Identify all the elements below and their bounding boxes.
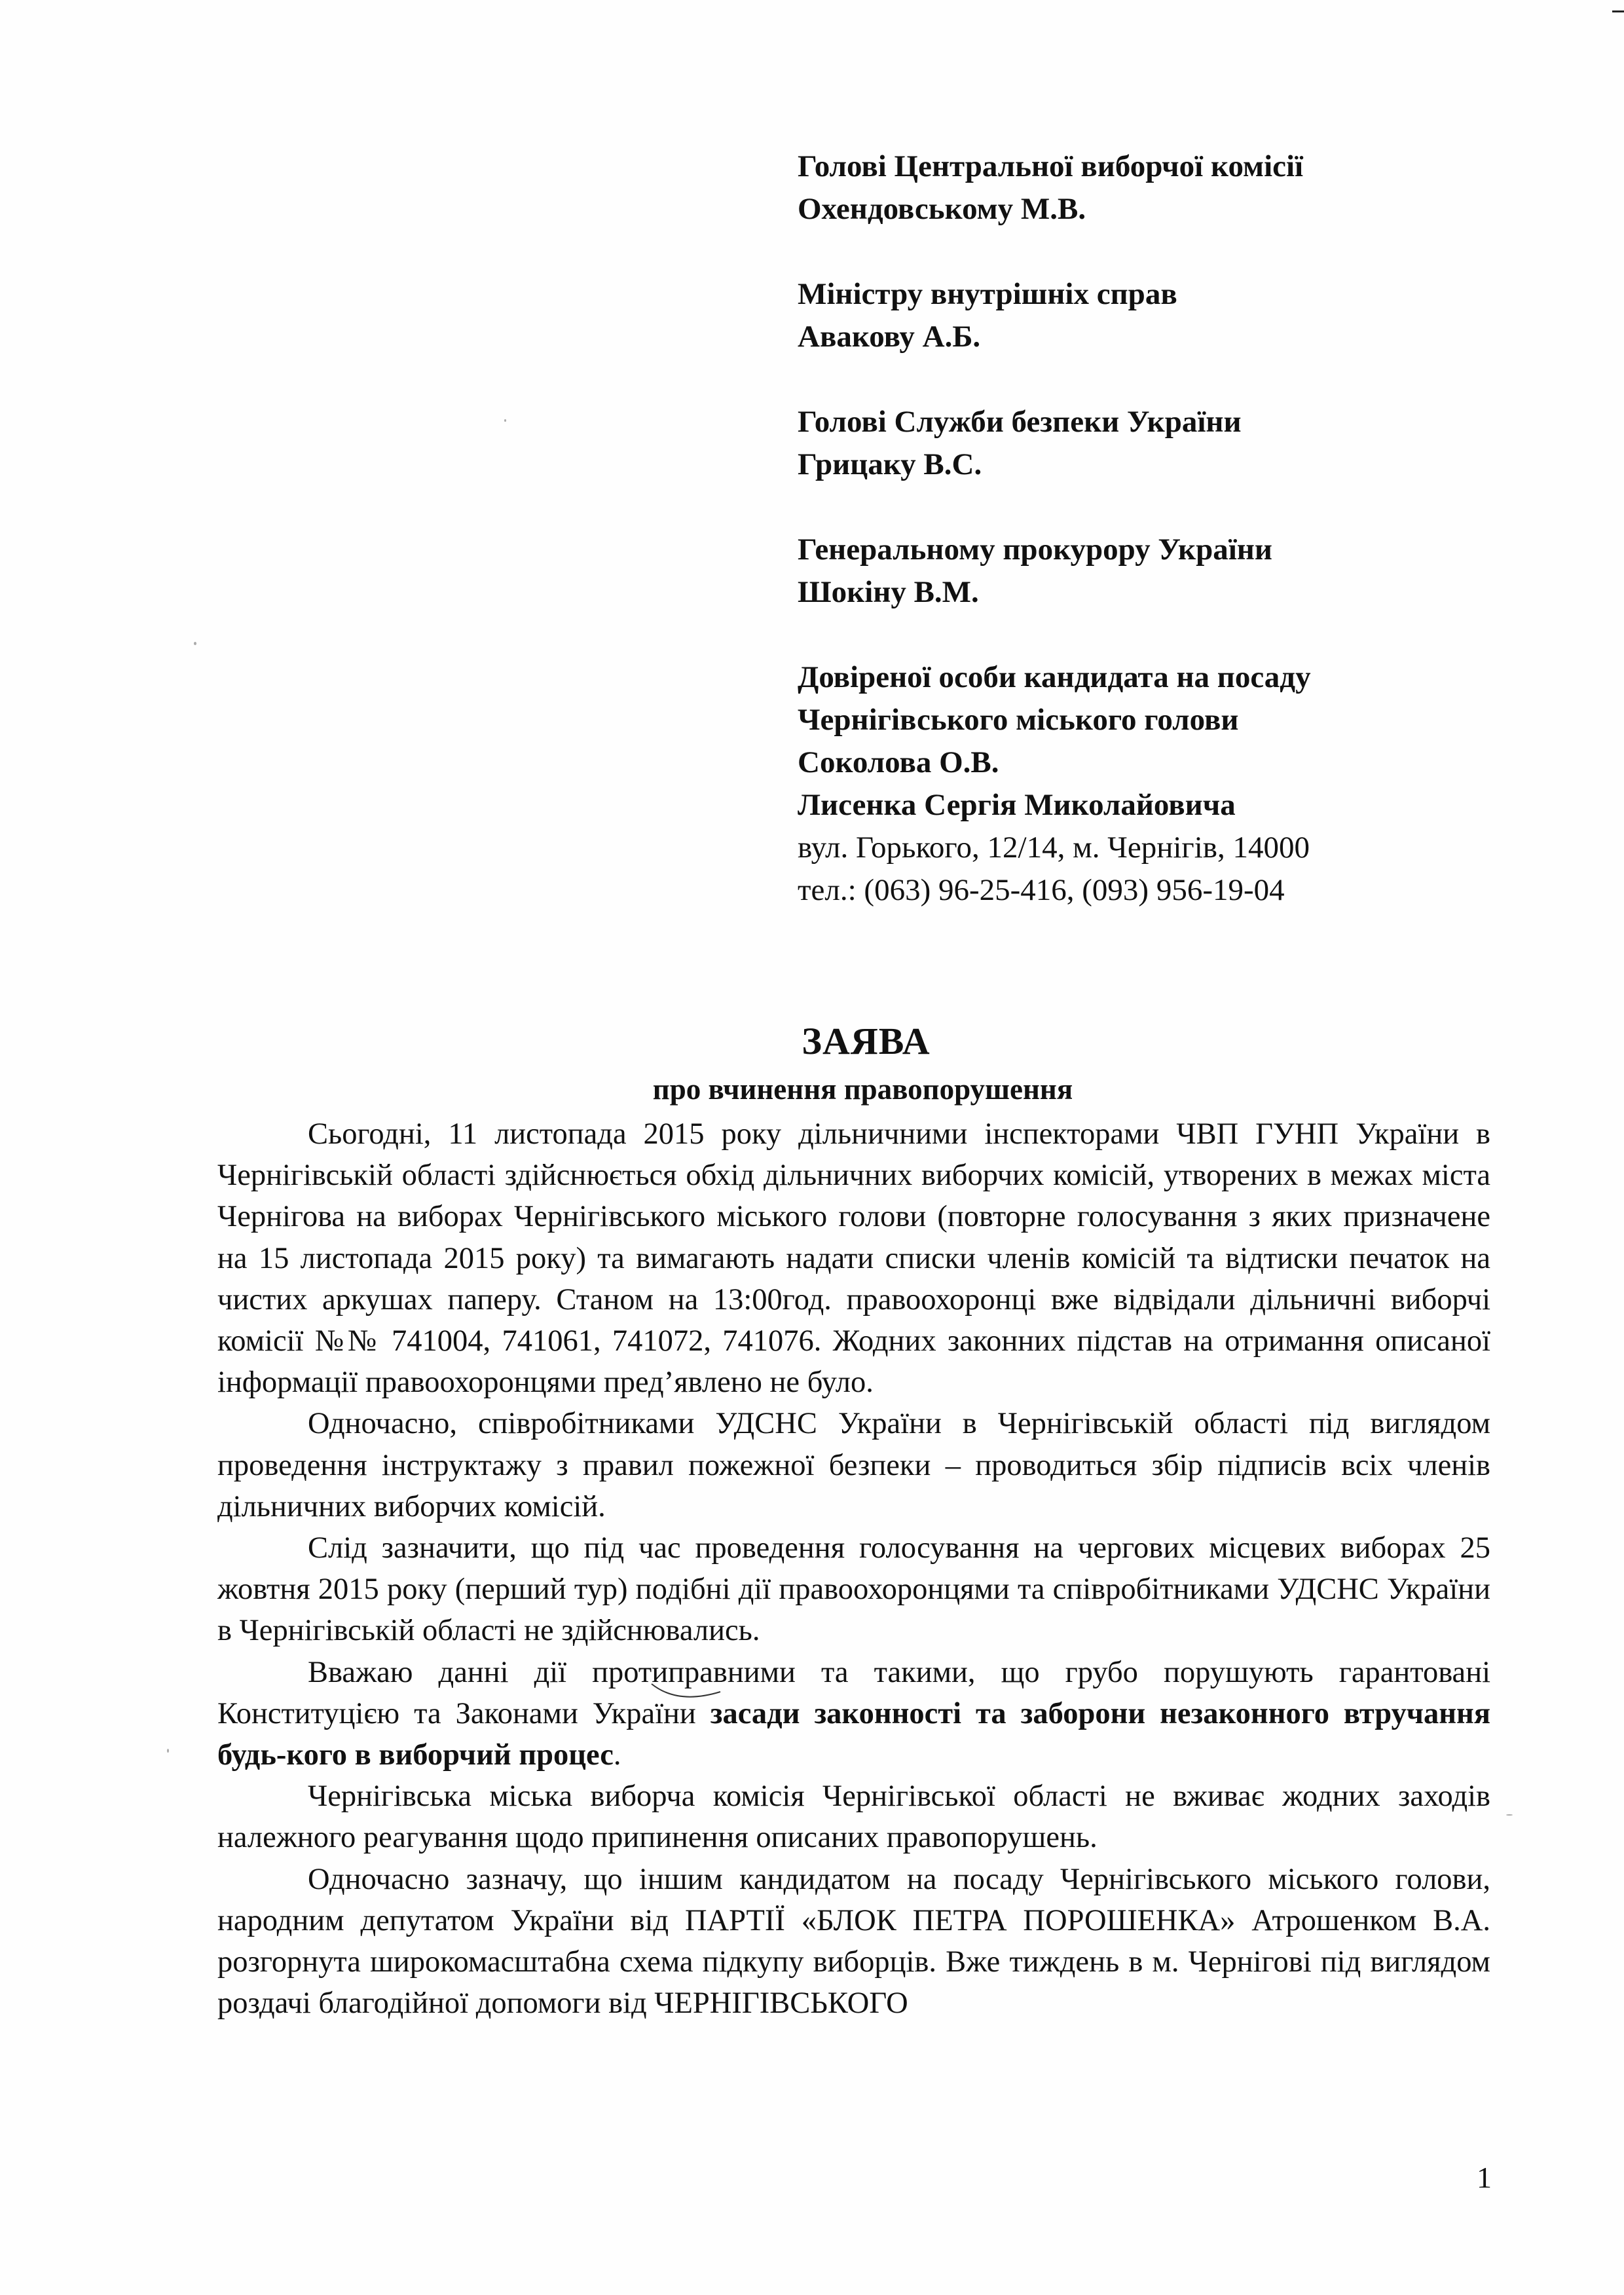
addressee-interior-minister: Міністру внутрішніх справ Авакову А.Б. [798,273,1518,358]
paragraph-3: Слід зазначити, що під час проведення го… [217,1527,1490,1652]
paragraph-6: Одночасно зазначу, що іншим кандидатом н… [217,1859,1490,2024]
sender-address: вул. Горького, 12/14, м. Чернігів, 14000 [798,827,1518,869]
addressee-name: Шокіну В.М. [798,571,1518,614]
sender-name: Лисенка Сергія Миколайовича [798,784,1518,827]
document-title-block: ЗАЯВА про вчинення правопорушення [216,1018,1490,1109]
scan-speck [1506,1814,1513,1816]
addressee-position: Генеральному прокурору України [798,529,1518,571]
addressee-name: Грицаку В.С. [798,443,1518,486]
paragraph-5: Чернігівська міська виборча комісія Черн… [217,1776,1490,1858]
paragraph-1: Сьогодні, 11 листопада 2015 року дільнич… [217,1113,1490,1403]
addressee-position: Голові Служби безпеки України [798,401,1518,443]
document-body: Сьогодні, 11 листопада 2015 року дільнич… [217,1113,1490,2024]
addressee-prosecutor-general: Генеральному прокурору України Шокіну В.… [798,529,1518,614]
handwritten-arc-mark [648,1680,727,1706]
addressee-block: Голові Центральної виборчої комісії Охен… [798,145,1518,912]
sender-role-line-1: Довіреної особи кандидата на посаду [798,656,1518,699]
paragraph-4-end: . [614,1738,621,1772]
document-page: Голові Центральної виборчої комісії Охен… [0,0,1624,2295]
addressee-position: Голові Центральної виборчої комісії [798,145,1518,188]
sender-role-line-2: Чернігівського міського голови [798,699,1518,741]
scan-speck [194,642,196,645]
scan-corner-mark [1612,10,1624,12]
addressee-sbu-head: Голові Служби безпеки України Грицаку В.… [798,401,1518,486]
paragraph-2: Одночасно, співробітниками УДСНС України… [217,1403,1490,1527]
paragraph-4: Вважаю данні дії протиправними та такими… [217,1652,1490,1776]
addressee-name: Охендовському М.В. [798,188,1518,231]
sender-block: Довіреної особи кандидата на посаду Черн… [798,656,1518,912]
scan-speck [504,419,506,422]
addressee-name: Авакову А.Б. [798,316,1518,358]
document-title: ЗАЯВА [216,1018,1490,1064]
sender-phone: тел.: (063) 96-25-416, (093) 956-19-04 [798,869,1518,912]
addressee-cec-head: Голові Центральної виборчої комісії Охен… [798,145,1518,231]
page-number: 1 [1477,2161,1492,2194]
document-subtitle: про вчинення правопорушення [216,1070,1490,1109]
scan-speck [167,1749,169,1753]
sender-candidate: Соколова О.В. [798,741,1518,784]
addressee-position: Міністру внутрішніх справ [798,273,1518,316]
